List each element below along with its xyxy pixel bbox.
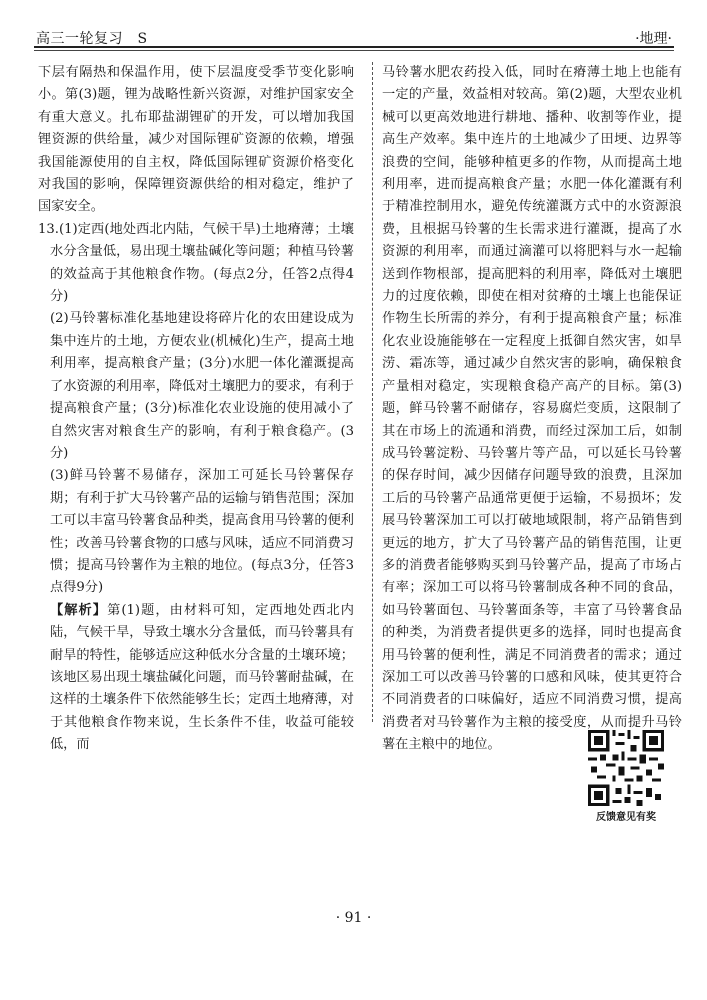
- analysis-label: 【解析】: [50, 603, 107, 618]
- qr-code-icon: [588, 730, 664, 806]
- left-column: 下层有隔热和保温作用，使下层温度受季节变化影响小。第(3)题，锂为战略性新兴资源…: [38, 62, 354, 757]
- paragraph-continuation: 下层有隔热和保温作用，使下层温度受季节变化影响小。第(3)题，锂为战略性新兴资源…: [38, 62, 354, 219]
- right-column: 马铃薯水肥农药投入低，同时在瘠薄土地上也能有一定的产量，效益相对较高。第(2)题…: [382, 62, 682, 757]
- page-header: 高三一轮复习 S ·地理·: [36, 22, 672, 44]
- question-13: 13.(1)定西(地处西北内陆，气候干旱)土地瘠薄；土壤水分含量低，易出现土壤盐…: [38, 219, 354, 309]
- q13-answer-1: (1)定西(地处西北内陆，气候干旱)土地瘠薄；土壤水分含量低，易出现土壤盐碱化等…: [50, 222, 354, 304]
- page-number: · 91 ·: [0, 910, 707, 926]
- qr-caption: 反馈意见有奖: [578, 808, 674, 823]
- q13-answer-3: (3)鲜马铃薯不易储存，深加工可延长马铃薯保存期；有利于扩大马铃薯产品的运输与销…: [50, 465, 354, 599]
- question-number: 13.: [38, 222, 59, 237]
- qr-code[interactable]: [588, 730, 664, 806]
- column-divider: [372, 62, 373, 722]
- subject-label: ·地理·: [635, 28, 672, 48]
- analysis-continuation: 马铃薯水肥农药投入低，同时在瘠薄土地上也能有一定的产量，效益相对较高。第(2)题…: [382, 62, 682, 757]
- header-rule-thin: [34, 50, 674, 51]
- q13-answer-2: (2)马铃薯标准化基地建设将碎片化的农田建设成为集中连片的土地，方便农业(机械化…: [50, 308, 354, 465]
- header-rule-thick: [34, 46, 674, 48]
- analysis-text: 第(1)题，由材料可知，定西地处西北内陆，气候干旱，导致土壤水分含量低，而马铃薯…: [50, 603, 354, 752]
- book-title: 高三一轮复习 S: [36, 28, 148, 48]
